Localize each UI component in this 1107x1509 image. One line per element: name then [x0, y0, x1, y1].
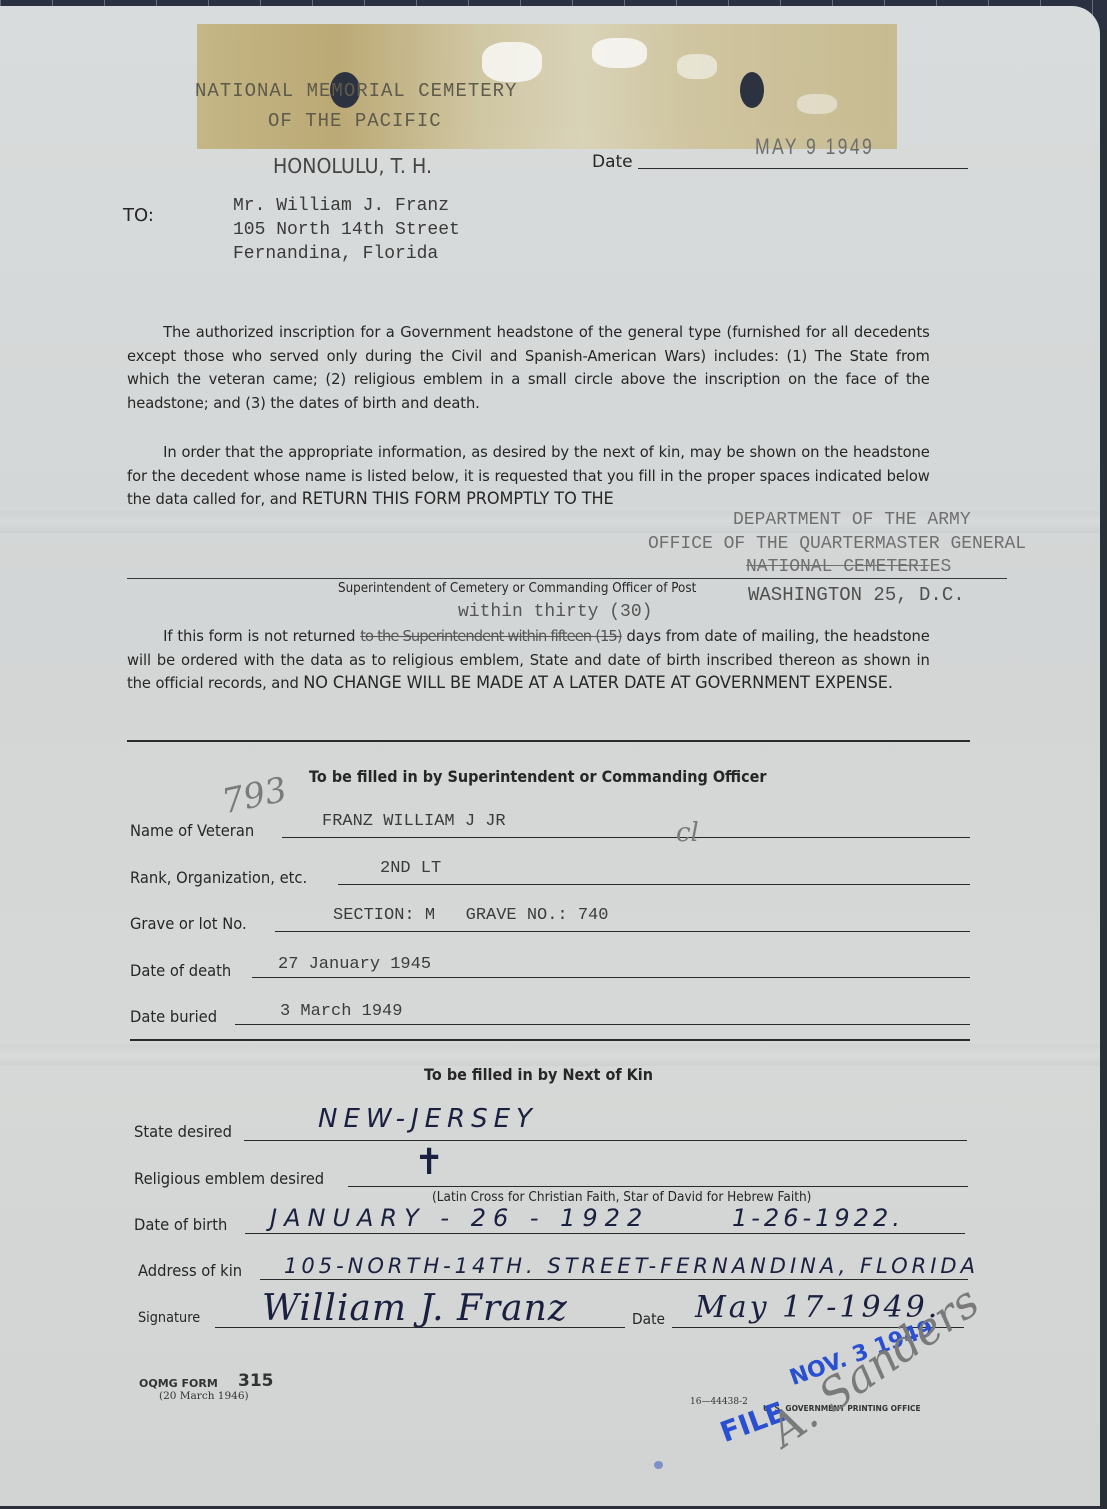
tape-glare: [592, 38, 647, 68]
struck-text: to the Superintendent within fifteen (15…: [360, 627, 621, 645]
rank-value: 2ND LT: [380, 859, 441, 878]
grave-label: Grave or lot No.: [130, 914, 247, 933]
death-date-label: Date of death: [130, 961, 231, 980]
pencil-mark: cl: [676, 818, 699, 848]
location-stamp: HONOLULU, T. H.: [273, 154, 432, 178]
superintendent-caption: Superintendent of Cemetery or Commanding…: [338, 581, 696, 596]
superintendent-line: [127, 578, 1007, 579]
recipient-name: Mr. William J. Franz: [233, 196, 449, 216]
return-stamp-line4: WASHINGTON 25, D.C.: [748, 584, 965, 606]
paragraph-deadline-start: If this form is not returned: [163, 627, 360, 645]
grave-line: [275, 931, 970, 932]
return-stamp-line3: NATIONAL CEMETERIES: [746, 557, 951, 577]
date-line: [638, 168, 968, 169]
address-line: [260, 1279, 968, 1280]
tape-stamp-line1: NATIONAL MEMORIAL CEMETERY: [195, 80, 517, 102]
section-kin-title: To be filled in by Next of Kin: [424, 1065, 653, 1084]
section-superintendent-title: To be filled in by Superintendent or Com…: [309, 767, 767, 786]
burial-date-label: Date buried: [130, 1007, 217, 1026]
emblem-caption: (Latin Cross for Christian Faith, Star o…: [432, 1189, 811, 1205]
birth-date-value[interactable]: JANUARY - 26 - 1922: [270, 1204, 649, 1232]
veteran-name-value: FRANZ WILLIAM J JR: [322, 812, 506, 831]
typed-insert: within thirty (30): [458, 602, 652, 622]
burial-date-line: [235, 1024, 970, 1025]
birth-date-short[interactable]: 1-26-1922.: [732, 1204, 904, 1232]
emblem-value[interactable]: ✝: [414, 1142, 444, 1183]
signature-date-label: Date: [632, 1310, 665, 1328]
form-date: (20 March 1946): [159, 1390, 249, 1402]
form-prefix: OQMG FORM: [139, 1377, 218, 1390]
emblem-label: Religious emblem desired: [134, 1169, 324, 1188]
return-instruction: RETURN THIS FORM PROMPTLY TO THE: [302, 489, 614, 509]
no-change-warning: NO CHANGE WILL BE MADE AT A LATER DATE A…: [303, 673, 893, 693]
return-stamp-line2: OFFICE OF THE QUARTERMASTER GENERAL: [648, 534, 1026, 554]
punch-hole: [740, 72, 764, 108]
state-line: [244, 1140, 967, 1141]
state-value[interactable]: NEW-JERSEY: [318, 1104, 538, 1134]
address-value[interactable]: 105-NORTH-14TH. STREET-FERNANDINA, FLORI…: [284, 1254, 979, 1278]
rank-label: Rank, Organization, etc.: [130, 868, 307, 887]
paragraph-instructions: In order that the appropriate informatio…: [127, 441, 930, 512]
state-label: State desired: [134, 1122, 232, 1141]
pencil-note: 793: [219, 770, 291, 823]
veteran-name-line: [282, 837, 970, 838]
birth-date-line: [245, 1233, 965, 1234]
signature-label: Signature: [138, 1310, 200, 1326]
burial-date-value: 3 March 1949: [280, 1002, 402, 1021]
recipient-street: 105 North 14th Street: [233, 220, 460, 240]
ink-spot: [654, 1461, 663, 1469]
tape-glare: [797, 94, 837, 114]
to-label: TO:: [123, 205, 154, 226]
return-stamp-line1: DEPARTMENT OF THE ARMY: [733, 510, 971, 530]
veteran-name-label: Name of Veteran: [130, 821, 254, 840]
grave-value: SECTION: M GRAVE NO.: 740: [333, 906, 608, 925]
form-page: NATIONAL MEMORIAL CEMETERY OF THE PACIFI…: [0, 6, 1100, 1506]
paragraph-deadline: If this form is not returned to the Supe…: [127, 625, 930, 696]
paragraph-inscription: The authorized inscription for a Governm…: [127, 321, 930, 415]
birth-date-label: Date of birth: [134, 1215, 227, 1234]
tape-glare: [677, 54, 717, 79]
divider-line: [127, 740, 970, 742]
date-stamp: MAY 9 1949: [755, 134, 874, 160]
section-divider: [130, 1039, 970, 1041]
form-number: 315: [238, 1371, 274, 1391]
recipient-city: Fernandina, Florida: [233, 244, 438, 264]
death-date-value: 27 January 1945: [278, 955, 431, 974]
signature-value[interactable]: William J. Franz: [262, 1288, 568, 1329]
rank-line: [338, 884, 970, 885]
print-code: 16—44438-2: [690, 1397, 748, 1407]
address-label: Address of kin: [138, 1261, 242, 1280]
emblem-line: [348, 1186, 968, 1187]
tape-glare: [482, 42, 542, 82]
tape-stamp-line2: OF THE PACIFIC: [268, 110, 442, 132]
date-label: Date: [592, 152, 633, 172]
death-date-line: [252, 977, 970, 978]
